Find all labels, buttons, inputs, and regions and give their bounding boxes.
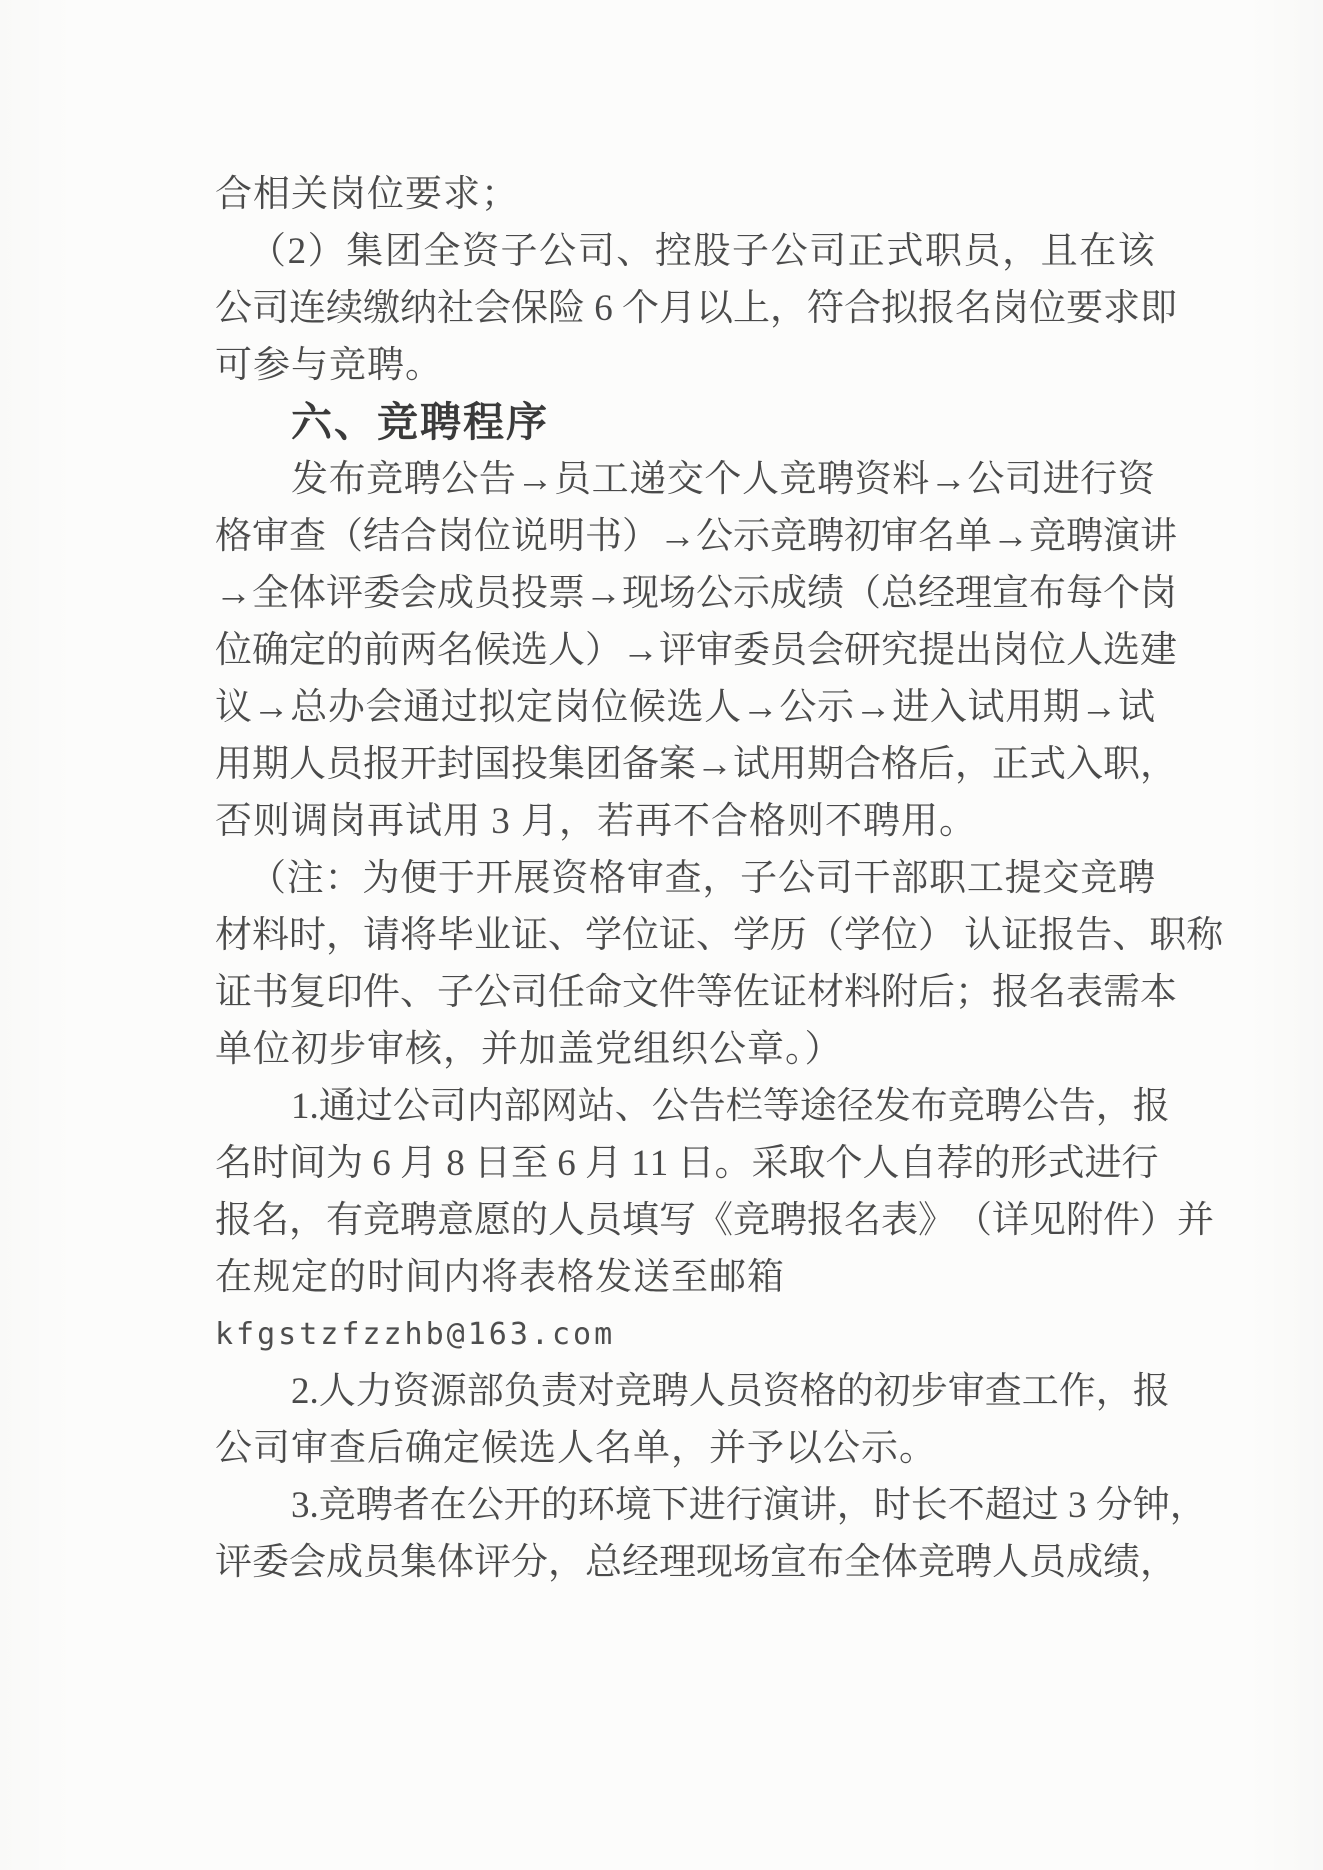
body-line: （2）集团全资子公司、控股子公司正式职员，且在该 xyxy=(215,223,1155,280)
email-address: kfgstzfzzhb@163.com xyxy=(215,1306,1155,1363)
body-line: 名时间为 6 月 8 日至 6 月 11 日。采取个人自荐的形式进行 xyxy=(215,1135,1155,1192)
scanned-document-page: 合相关岗位要求； （2）集团全资子公司、控股子公司正式职员，且在该 公司连续缴纳… xyxy=(0,0,1323,1870)
section-heading: 六、竞聘程序 xyxy=(215,394,1155,451)
body-line: 3.竞聘者在公开的环境下进行演讲，时长不超过 3 分钟， xyxy=(215,1477,1155,1534)
body-line: 议→总办会通过拟定岗位候选人→公示→进入试用期→试 xyxy=(215,679,1155,736)
body-line: 1.通过公司内部网站、公告栏等途径发布竞聘公告，报 xyxy=(215,1078,1155,1135)
body-line: →全体评委会成员投票→现场公示成绩（总经理宣布每个岗 xyxy=(215,565,1155,622)
body-line: 评委会成员集体评分，总经理现场宣布全体竞聘人员成绩， xyxy=(215,1534,1155,1591)
note-line: 单位初步审核，并加盖党组织公章。） xyxy=(215,1021,1155,1078)
body-line: 2.人力资源部负责对竞聘人员资格的初步审查工作，报 xyxy=(215,1363,1155,1420)
body-line: 否则调岗再试用 3 月，若再不合格则不聘用。 xyxy=(215,793,1155,850)
body-line: 合相关岗位要求； xyxy=(215,166,1155,223)
body-line: 位确定的前两名候选人）→评审委员会研究提出岗位人选建 xyxy=(215,622,1155,679)
body-line: 公司审查后确定候选人名单，并予以公示。 xyxy=(215,1420,1155,1477)
body-line: 公司连续缴纳社会保险 6 个月以上，符合拟报名岗位要求即 xyxy=(215,280,1155,337)
body-line: 格审查（结合岗位说明书）→公示竞聘初审名单→竞聘演讲 xyxy=(215,508,1155,565)
note-line: （注：为便于开展资格审查，子公司干部职工提交竞聘 xyxy=(215,850,1155,907)
note-line: 材料时，请将毕业证、学位证、学历（学位） 认证报告、职称 xyxy=(215,907,1155,964)
document-text-block: 合相关岗位要求； （2）集团全资子公司、控股子公司正式职员，且在该 公司连续缴纳… xyxy=(215,166,1155,1591)
body-line: 在规定的时间内将表格发送至邮箱 xyxy=(215,1249,1155,1306)
body-line: 可参与竞聘。 xyxy=(215,337,1155,394)
body-line: 发布竞聘公告→员工递交个人竞聘资料→公司进行资 xyxy=(215,451,1155,508)
note-line: 证书复印件、子公司任命文件等佐证材料附后；报名表需本 xyxy=(215,964,1155,1021)
body-line: 报名，有竞聘意愿的人员填写《竞聘报名表》（详见附件）并 xyxy=(215,1192,1155,1249)
body-line: 用期人员报开封国投集团备案→试用期合格后，正式入职， xyxy=(215,736,1155,793)
